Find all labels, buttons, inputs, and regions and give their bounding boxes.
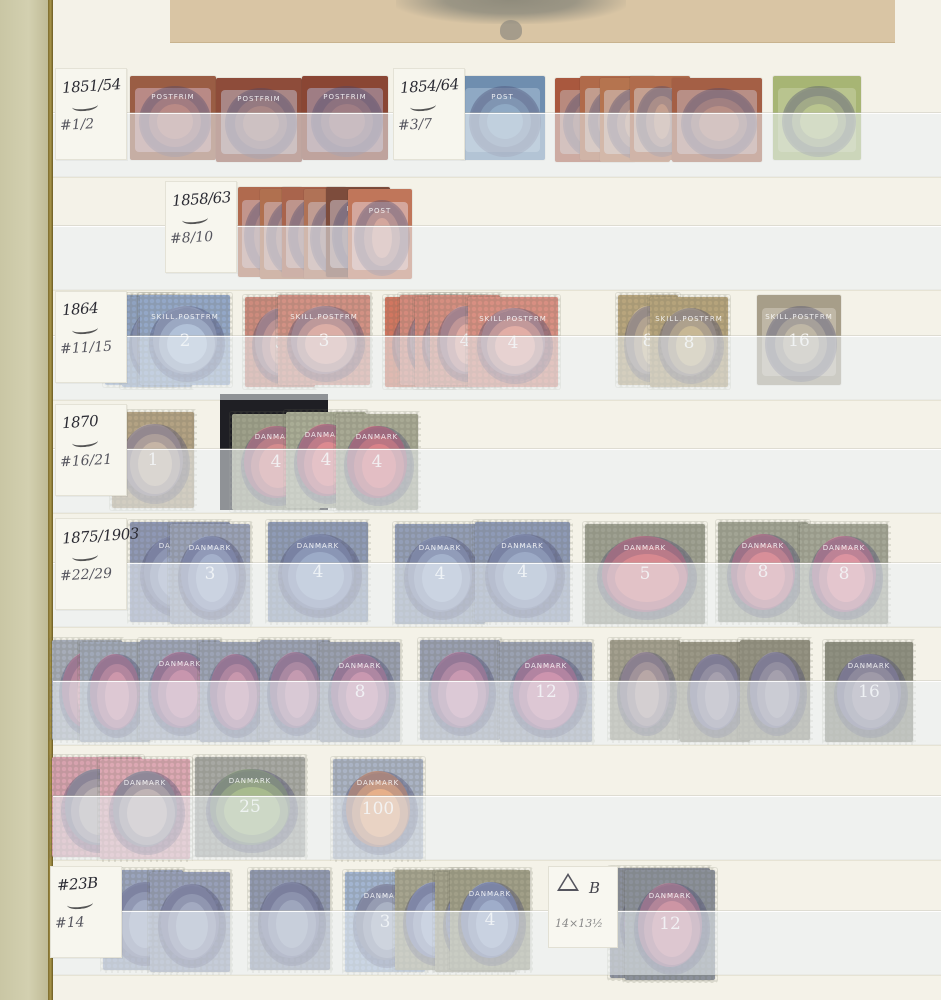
stamp-inscription: DANMARK <box>500 662 592 670</box>
variety-note: B14×13½ <box>548 866 618 948</box>
perforation-note: 14×13½ <box>555 917 603 930</box>
stockbook-strip: 1864#11/1522SKILL.POSTFRM23SKILL.POSTFRM… <box>53 285 941 400</box>
stamp-denomination: 8 <box>320 682 400 702</box>
stamp-inscription: DANMARK <box>450 890 530 898</box>
stamp-denomination: 4 <box>336 452 418 472</box>
postmark-cancel <box>782 86 856 157</box>
stamp-inscription: DANMARK <box>475 542 570 550</box>
postage-stamp[interactable]: DANMARK25 <box>195 757 305 857</box>
label-checkmark <box>410 100 437 113</box>
handwritten-label: 1858/63#8/10 <box>165 181 237 273</box>
postage-stamp[interactable]: DANMARK8 <box>718 522 808 622</box>
label-years: 1854/64 <box>399 75 459 97</box>
label-catalog-number: #8/10 <box>170 229 214 247</box>
stamp-inscription: DANMARK <box>625 892 715 900</box>
stamp-inscription: DANMARK <box>825 662 913 670</box>
stamp-inscription: POST <box>348 207 412 215</box>
postmark-cancel <box>428 652 496 736</box>
triangle-icon <box>557 873 579 891</box>
postage-stamp[interactable]: DANMARK12 <box>625 870 715 980</box>
stamp-inscription: SKILL.POSTFRM <box>650 315 728 323</box>
label-checkmark <box>182 213 209 226</box>
postage-stamp[interactable]: SKILL.POSTFRM4 <box>468 297 558 387</box>
label-years: #23B <box>56 874 98 895</box>
stamp-inscription: DANMARK <box>800 544 888 552</box>
handwritten-label: 1851/54#1/2 <box>55 68 127 160</box>
stamp-denomination: 3 <box>170 564 250 584</box>
postage-stamp[interactable]: DANMARK12 <box>500 642 592 742</box>
label-checkmark <box>72 323 99 336</box>
postage-stamp[interactable]: SKILL.POSTFRM2 <box>140 295 230 385</box>
label-checkmark <box>72 550 99 563</box>
stamp-inscription: DANMARK <box>718 542 808 550</box>
stamp-denomination: 3 <box>278 331 370 351</box>
stamp-inscription: POSTFRIM <box>302 93 388 101</box>
label-years: 1864 <box>61 299 98 319</box>
postage-stamp[interactable]: DANMARK16 <box>825 642 913 742</box>
stamp-inscription: DANMARK <box>268 542 368 550</box>
label-catalog-number: #3/7 <box>398 116 433 134</box>
postage-stamp[interactable]: DANMARK <box>100 759 190 859</box>
stamp-inscription: POSTFRIM <box>130 93 216 101</box>
postmark-cancel <box>617 652 677 736</box>
stamp-denomination: 4 <box>468 333 558 353</box>
stamp-inscription: DANMARK <box>585 544 705 552</box>
label-catalog-number: #14 <box>55 914 85 932</box>
postage-stamp[interactable]: SKILL.POSTFRM8 <box>650 297 728 387</box>
postage-stamp[interactable] <box>672 78 762 162</box>
postage-stamp[interactable]: POSTFRIM <box>130 76 216 160</box>
stockbook-strip: 1851/54#1/2POSTFRIMPOSTFRIMPOSTFRIM1854/… <box>53 62 941 177</box>
postage-stamp[interactable]: DANMARK4 <box>336 414 418 510</box>
postage-stamp[interactable]: DANMARK5 <box>585 524 705 624</box>
label-years: 1851/54 <box>61 75 121 97</box>
postmark-cancel <box>747 652 807 736</box>
handwritten-label: 1875/1903#22/29 <box>55 518 127 610</box>
label-checkmark <box>72 100 99 113</box>
stamp-denomination: 100 <box>333 799 423 819</box>
postage-stamp[interactable] <box>740 640 810 740</box>
album-binding <box>0 0 48 1000</box>
stamp-inscription: POST <box>460 93 545 101</box>
label-catalog-number: #11/15 <box>60 339 113 358</box>
postage-stamp[interactable]: DANMARK8 <box>320 642 400 742</box>
interleaf-ornament <box>500 20 522 40</box>
label-catalog-number: #1/2 <box>60 116 95 134</box>
label-checkmark <box>72 436 99 449</box>
label-checkmark <box>67 898 94 911</box>
postage-stamp[interactable]: SKILL.POSTFRM16 <box>757 295 841 385</box>
postage-stamp[interactable] <box>773 76 861 160</box>
stockbook-strip: 1870#16/211DANMARK4DANMARK4DANMARK4 <box>53 398 941 513</box>
stamp-denomination: 2 <box>140 331 230 351</box>
stamp-denomination: 8 <box>718 562 808 582</box>
postmark-cancel <box>681 88 757 159</box>
stockbook-strip: DANMARKDANMARK25DANMARK100 <box>53 745 941 860</box>
stamp-denomination: 16 <box>825 682 913 702</box>
stamp-inscription: SKILL.POSTFRM <box>757 313 841 321</box>
postage-stamp[interactable]: POSTFRIM <box>216 78 302 162</box>
stamp-inscription: SKILL.POSTFRM <box>468 315 558 323</box>
handwritten-label: 1854/64#3/7 <box>393 68 465 160</box>
postage-stamp[interactable]: DANMARK100 <box>333 759 423 859</box>
postage-stamp[interactable]: DANMARK4 <box>268 522 368 622</box>
handwritten-label: 1870#16/21 <box>55 404 127 496</box>
postage-stamp[interactable]: POST <box>348 189 412 279</box>
postage-stamp[interactable]: POST <box>460 76 545 160</box>
stamp-denomination: 12 <box>625 914 715 934</box>
postage-stamp[interactable]: POSTFRIM <box>302 76 388 160</box>
stamp-inscription: DANMARK <box>320 662 400 670</box>
postage-stamp[interactable] <box>250 870 330 970</box>
stamp-denomination: 4 <box>475 562 570 582</box>
postage-stamp[interactable] <box>610 640 680 740</box>
postage-stamp[interactable] <box>150 872 230 972</box>
variety-letter: B <box>589 879 600 897</box>
stockbook-strip: DANMARKDANMARK8DANMARK12DANMARK16 <box>53 630 941 745</box>
postmark-cancel <box>258 882 326 966</box>
stamp-denomination: 25 <box>195 797 305 817</box>
label-catalog-number: #22/29 <box>60 566 113 585</box>
interleaf-sheet <box>170 0 895 43</box>
stamp-denomination: 12 <box>500 682 592 702</box>
stamp-denomination: 4 <box>268 562 368 582</box>
postmark-cancel <box>158 884 226 968</box>
postage-stamp[interactable]: DANMARK8 <box>800 524 888 624</box>
stamp-denomination: 8 <box>800 564 888 584</box>
stamp-inscription: DANMARK <box>100 779 190 787</box>
stamp-denomination: 4 <box>450 910 530 930</box>
stamp-denomination: 8 <box>650 333 728 353</box>
label-years: 1870 <box>61 412 98 432</box>
postage-stamp[interactable] <box>420 640 500 740</box>
postage-stamp[interactable]: SKILL.POSTFRM3 <box>278 295 370 385</box>
postage-stamp[interactable]: DANMARK4 <box>475 522 570 622</box>
label-catalog-number: #16/21 <box>60 452 113 471</box>
stockbook-strip: #23B#14DANMARK3DANMARK4B14×13½DANMARK12 <box>53 860 941 975</box>
stockbook-strip: 1858/63#8/10POSTPOST <box>53 175 941 290</box>
stamp-inscription: DANMARK <box>170 544 250 552</box>
stamp-denomination: 16 <box>757 331 841 351</box>
stamp-inscription: DANMARK <box>336 433 418 441</box>
stamp-inscription: SKILL.POSTFRM <box>278 313 370 321</box>
stamp-inscription: POSTFRIM <box>216 95 302 103</box>
postage-stamp[interactable]: DANMARK3 <box>170 524 250 624</box>
label-years: 1858/63 <box>171 188 231 210</box>
handwritten-label: #23B#14 <box>50 866 122 958</box>
stamp-inscription: DANMARK <box>195 777 305 785</box>
postage-stamp[interactable]: DANMARK4 <box>450 870 530 970</box>
stockbook-strip: 1875/1903#22/29DANMARK3DANMARK3DANMARK4D… <box>53 512 941 627</box>
stamp-inscription: DANMARK <box>333 779 423 787</box>
stamp-inscription: SKILL.POSTFRM <box>140 313 230 321</box>
stamp-denomination: 5 <box>585 564 705 584</box>
handwritten-label: 1864#11/15 <box>55 291 127 383</box>
